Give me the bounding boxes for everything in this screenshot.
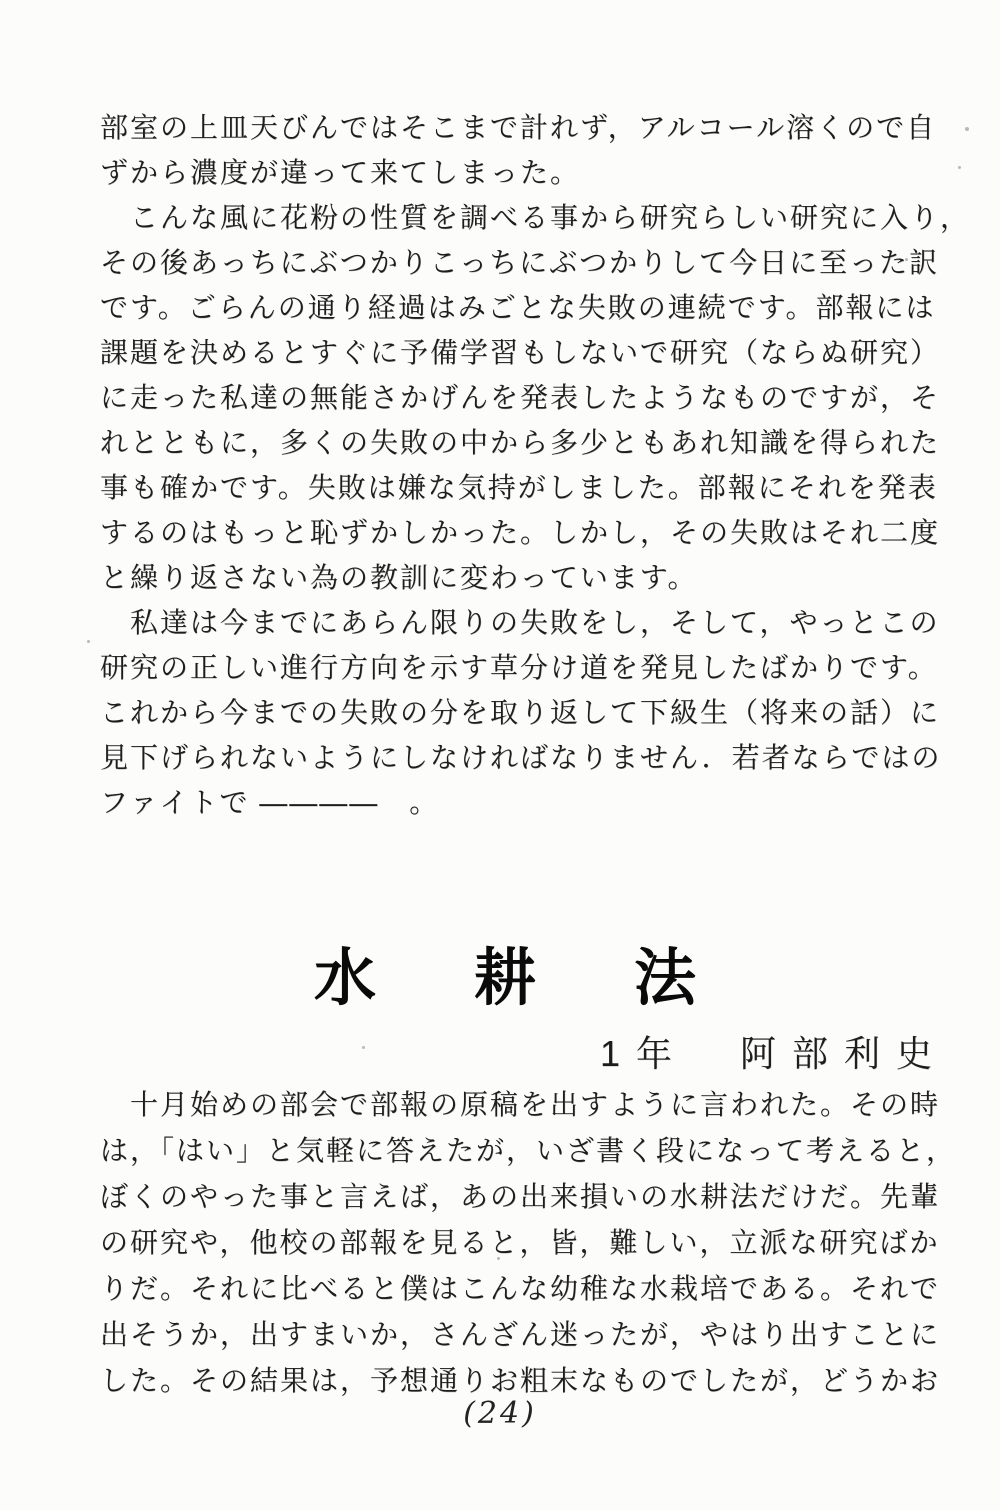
body-line: 部室の上皿天びんではそこまで計れず，アルコール溶くので自 [100, 105, 950, 150]
body-line: ずから濃度が違って来てしまった。 [100, 150, 950, 195]
body-line: 十月始めの部会で部報の原稿を出すように言われた。その時 [100, 1082, 950, 1128]
body-line: ファイトで ―――― 。 [100, 780, 950, 825]
body-line: の研究や，他校の部報を見ると，皆，難しい，立派な研究ばか [100, 1220, 950, 1266]
body-line: ぼくのやった事と言えば，あの出来損いの水耕法だけだ。先輩 [100, 1174, 950, 1220]
author-byline: 1年 阿部利史 [0, 1026, 948, 1077]
body-line: れとともに，多くの失敗の中から多少ともあれ知識を得られた [100, 420, 950, 465]
body-line: 事も確かです。失敗は嫌な気持がしました。部報にそれを発表 [100, 465, 950, 510]
body-line: 私達は今までにあらん限りの失敗をし，そして，やっとこの [100, 600, 950, 645]
body-line: 課題を決めるとすぐに予備学習もしないで研究（ならぬ研究） [100, 330, 950, 375]
body-line: 研究の正しい進行方向を示す草分け道を発見したばかりです。 [100, 645, 950, 690]
body-line: です。ごらんの通り経過はみごとな失敗の連続です。部報には [100, 285, 950, 330]
body-line: 見下げられないようにしなければなりません．若者ならではの [100, 735, 950, 780]
body-line: これから今までの失敗の分を取り返して下級生（将来の話）に [100, 690, 950, 735]
body-line: と繰り返さない為の教訓に変わっています。 [100, 555, 950, 600]
continuation-paragraph: 部室の上皿天びんではそこまで計れず，アルコール溶くので自 ずから濃度が違って来て… [100, 105, 950, 825]
page-number: (24) [0, 1396, 1000, 1431]
body-line: こんな風に花粉の性質を調べる事から研究らしい研究に入り， [100, 195, 950, 240]
body-line: りだ。それに比べると僕はこんな幼稚な水栽培である。それで [100, 1266, 950, 1312]
body-line: 出そうか，出すまいか，さんざん迷ったが，やはり出すことに [100, 1312, 950, 1358]
article-title: 水 耕 法 [14, 928, 1000, 1017]
body-line: に走った私達の無能さかげんを発表したようなものですが，そ [100, 375, 950, 420]
body-line: その後あっちにぶつかりこっちにぶつかりして今日に至った訳 [100, 240, 950, 285]
body-line: は，「はい」と気軽に答えたが，いざ書く段になって考えると， [100, 1128, 950, 1174]
body-line: するのはもっと恥ずかしかった。しかし，その失敗はそれ二度 [100, 510, 950, 555]
article-body-paragraph: 十月始めの部会で部報の原稿を出すように言われた。その時 は，「はい」と気軽に答え… [100, 1082, 950, 1404]
